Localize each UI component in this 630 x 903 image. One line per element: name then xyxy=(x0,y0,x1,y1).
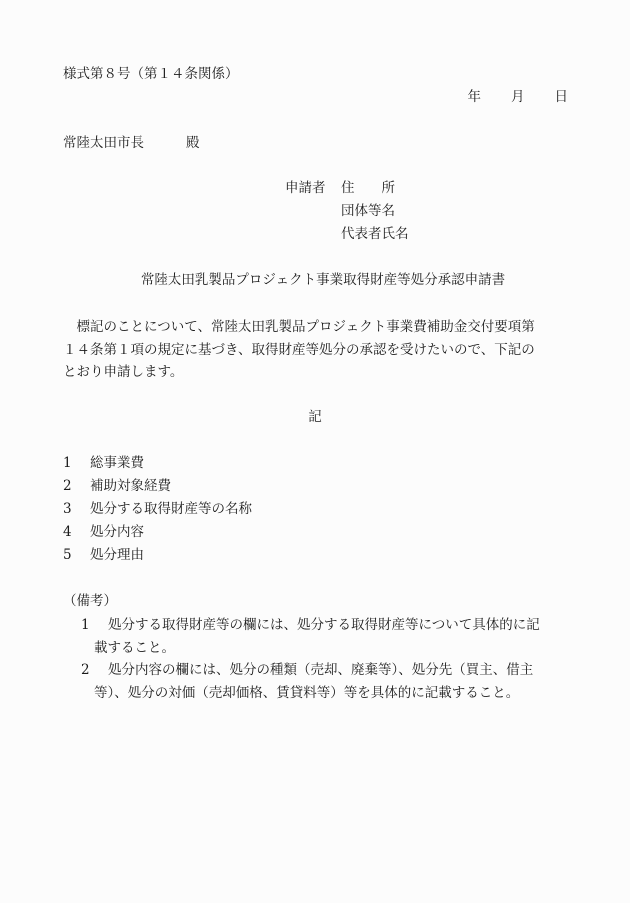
list-item: 1総事業費 xyxy=(63,453,252,476)
remarks-heading: （備考） xyxy=(63,591,117,611)
organization-name-label: 団体等名 xyxy=(341,201,395,221)
date-day: 日 xyxy=(555,87,569,107)
remarks-notes: 1処分する取得財産等の欄には、処分する取得財産等について具体的に記 載すること。… xyxy=(78,614,540,704)
remark-note-2-cont: 等）、処分の対価（売却価格、賃貸料等）等を具体的に記載すること。 xyxy=(78,682,540,705)
remark-note-1: 1処分する取得財産等の欄には、処分する取得財産等について具体的に記 xyxy=(78,614,540,637)
addressee-name: 常陸太田市長 xyxy=(63,135,144,151)
date-year: 年 xyxy=(468,87,482,107)
list-item: 3処分する取得財産等の名称 xyxy=(63,499,252,522)
address-label: 住所 xyxy=(341,178,395,198)
date-month: 月 xyxy=(511,87,525,107)
body-line-2: １４条第１項の規定に基づき、取得財産等処分の承認を受けたいので、下記の xyxy=(63,339,573,362)
list-item: 2補助対象経費 xyxy=(63,476,252,499)
applicant-block: 申請者住所 団体等名 代表者氏名 xyxy=(285,178,409,247)
form-number: 様式第８号（第１４条関係） xyxy=(63,64,239,84)
addressee: 常陸太田市長殿 xyxy=(63,133,200,153)
addressee-honorific: 殿 xyxy=(186,135,200,151)
item-list: 1総事業費 2補助対象経費 3処分する取得財産等の名称 4処分内容 5処分理由 xyxy=(63,453,252,568)
applicant-rep-row: 代表者氏名 xyxy=(285,224,409,247)
body-line-3: とおり申請します。 xyxy=(63,361,573,384)
body-paragraph: 標記のことについて、常陸太田乳製品プロジェクト事業費補助金交付要項第 １４条第１… xyxy=(63,316,573,384)
remark-note-2: 2処分内容の欄には、処分の種類（売却、廃棄等）、処分先（買主、借主 xyxy=(78,659,540,682)
date-line: 年月日 xyxy=(0,87,568,107)
list-item: 4処分内容 xyxy=(63,522,252,545)
remark-note-1-cont: 載すること。 xyxy=(78,637,540,660)
ki-heading: 記 xyxy=(0,407,630,427)
body-line-1: 標記のことについて、常陸太田乳製品プロジェクト事業費補助金交付要項第 xyxy=(63,316,573,339)
applicant-org-row: 団体等名 xyxy=(285,201,409,224)
applicant-label: 申請者 xyxy=(285,178,341,198)
list-item: 5処分理由 xyxy=(63,545,252,568)
document-title: 常陸太田乳製品プロジェクト事業取得財産等処分承認申請書 xyxy=(0,270,630,290)
representative-name-label: 代表者氏名 xyxy=(341,224,409,244)
applicant-address-row: 申請者住所 xyxy=(285,178,409,201)
